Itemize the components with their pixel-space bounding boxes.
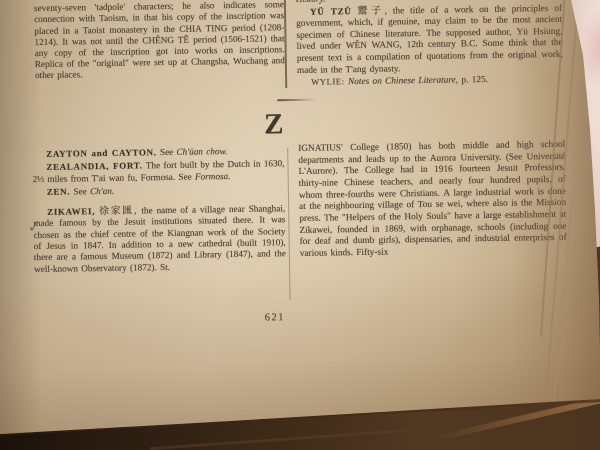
wood-grain-streak: [150, 429, 410, 450]
book-photo: consisting of seventy-seven 'tadpole' ch…: [0, 0, 600, 450]
page-right-shading: [0, 0, 600, 450]
book-page: consisting of seventy-seven 'tadpole' ch…: [0, 0, 600, 450]
